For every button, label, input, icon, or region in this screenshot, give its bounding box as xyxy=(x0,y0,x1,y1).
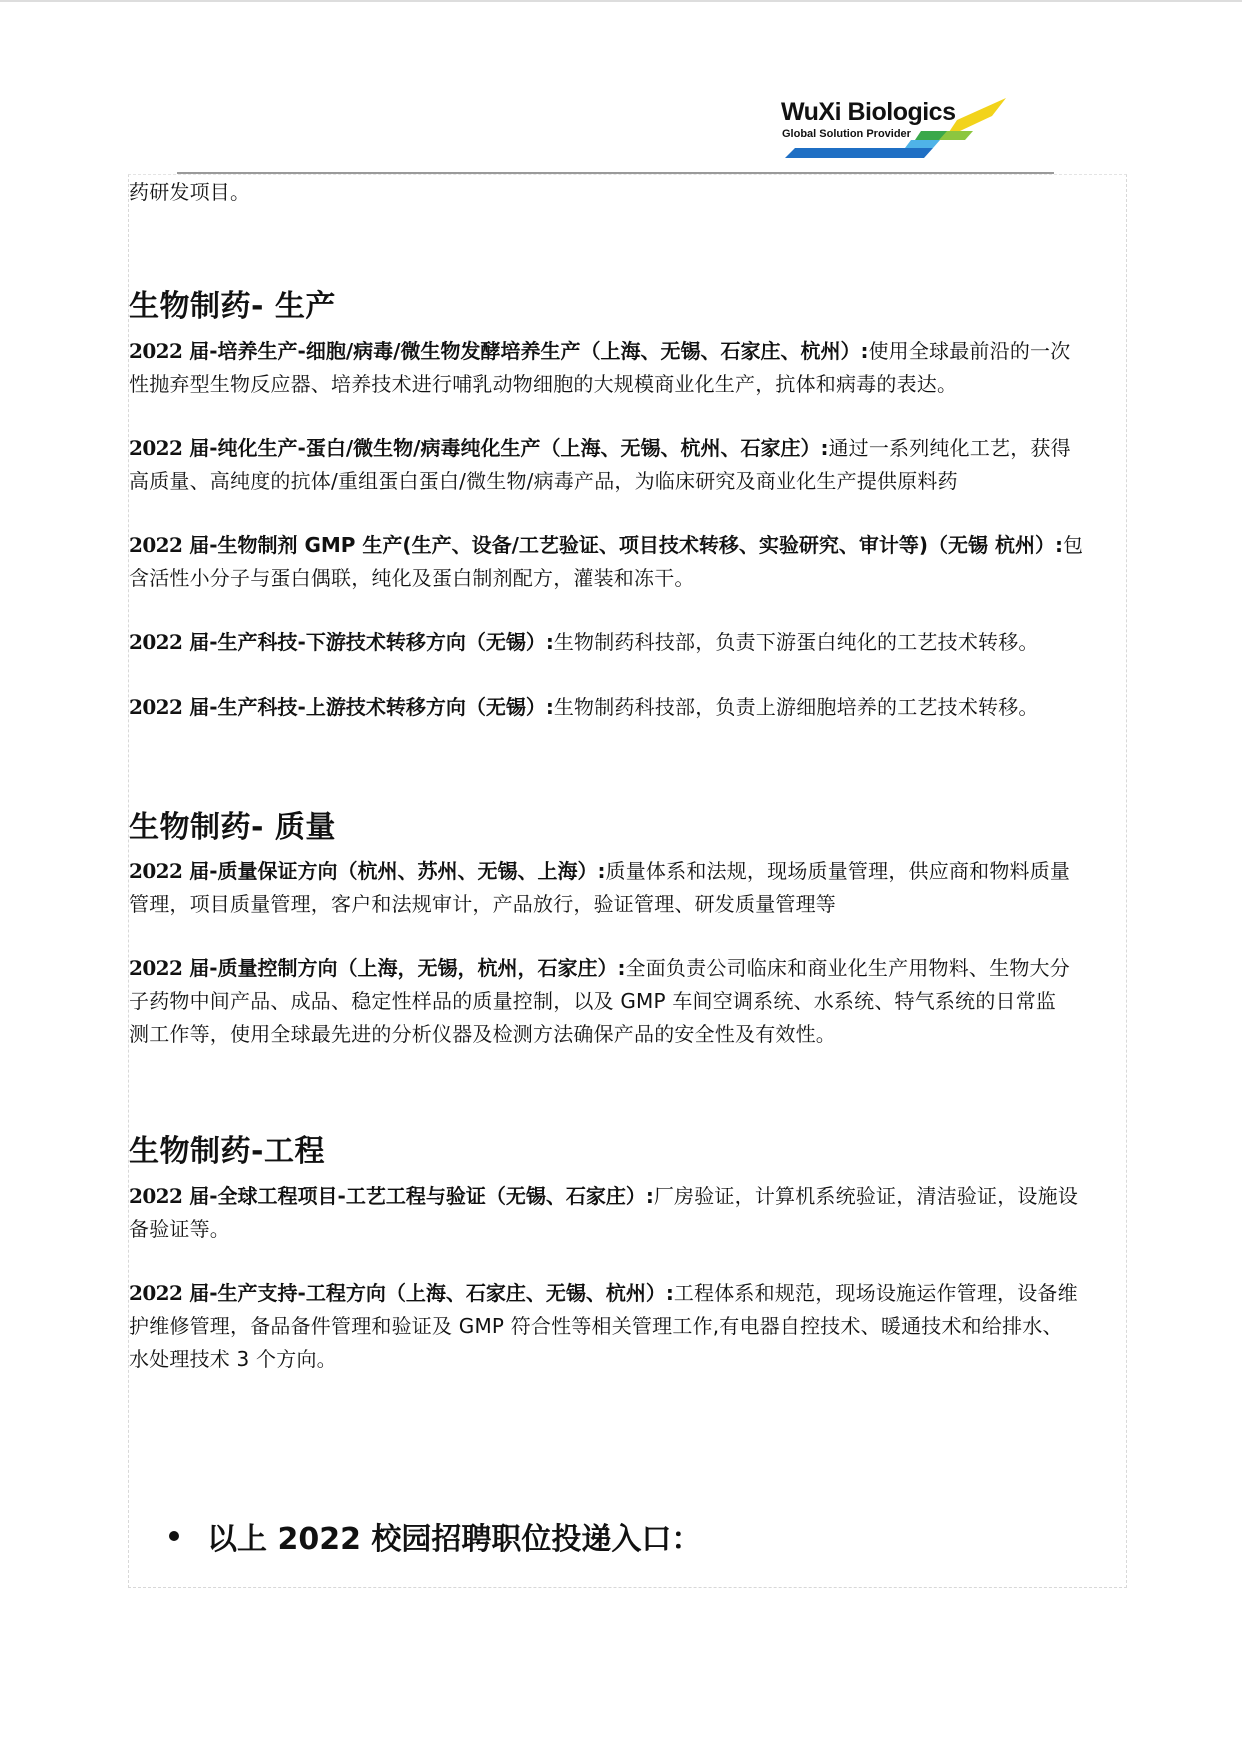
job-entry-downstream-transfer: 2022 届-生产科技-下游技术转移方向（无锡）:生物制药科技部，负责下游蛋白纯… xyxy=(129,626,1129,659)
entry-desc-cont: 管理，项目质量管理，客户和法规审计，产品放行，验证管理、研发质量管理等 xyxy=(129,888,1129,921)
job-entry-quality-assurance: 2022 届-质量保证方向（杭州、苏州、无锡、上海）:质量体系和法规，现场质量管… xyxy=(129,855,1129,921)
bullet-dot-icon xyxy=(169,1531,179,1541)
entry-year: 2022 xyxy=(129,436,182,460)
entry-title: 届-生产支持-工程方向（上海、石家庄、无锡、杭州）: xyxy=(182,1281,674,1305)
entry-desc: 通过一系列纯化工艺，获得 xyxy=(828,436,1070,460)
entry-title: 届-全球工程项目-工艺工程与验证（无锡、石家庄）: xyxy=(182,1184,654,1208)
entry-desc: 厂房验证，计算机系统验证，清洁验证，设施设 xyxy=(654,1184,1078,1208)
entry-title: 届-培养生产-细胞/病毒/微生物发酵培养生产（上海、无锡、石家庄、杭州）: xyxy=(182,339,868,363)
entry-desc-cont: 备验证等。 xyxy=(129,1213,1129,1246)
entry-desc-cont: 性抛弃型生物反应器、培养技术进行哺乳动物细胞的大规模商业化生产，抗体和病毒的表达… xyxy=(129,368,1129,401)
section-heading-production: 生物制药- 生产 xyxy=(129,281,336,325)
top-edge-bar xyxy=(0,0,1242,2)
entry-desc-cont: 高质量、高纯度的抗体/重组蛋白蛋白/微生物/病毒产品，为临床研究及商业化生产提供… xyxy=(129,465,1129,498)
entry-title: 届-生物制剂 GMP 生产(生产、设备/工艺验证、项目技术转移、实验研究、审计等… xyxy=(182,533,1063,557)
job-entry-purification-production: 2022 届-纯化生产-蛋白/微生物/病毒纯化生产（上海、无锡、杭州、石家庄）:… xyxy=(129,432,1129,498)
job-entry-gmp-production: 2022 届-生物制剂 GMP 生产(生产、设备/工艺验证、项目技术转移、实验研… xyxy=(129,529,1129,595)
entry-year: 2022 xyxy=(129,533,182,557)
entry-desc-cont: 水处理技术 3 个方向。 xyxy=(129,1343,1129,1376)
entry-desc: 使用全球最前沿的一次 xyxy=(868,339,1070,363)
job-entry-upstream-transfer: 2022 届-生产科技-上游技术转移方向（无锡）:生物制药科技部，负责上游细胞培… xyxy=(129,691,1129,724)
entry-year: 2022 xyxy=(129,695,182,719)
entry-year: 2022 xyxy=(129,956,182,980)
entry-desc-cont: 测工作等，使用全球最先进的分析仪器及检测方法确保产品的安全性及有效性。 xyxy=(129,1018,1129,1051)
job-entry-process-engineering: 2022 届-全球工程项目-工艺工程与验证（无锡、石家庄）:厂房验证，计算机系统… xyxy=(129,1180,1129,1246)
entry-desc: 生物制药科技部，负责下游蛋白纯化的工艺技术转移。 xyxy=(554,630,1039,654)
logo-title: WuXi Biologics xyxy=(781,98,956,127)
section-heading-engineering: 生物制药-工程 xyxy=(129,1126,325,1170)
entry-desc: 质量体系和法规，现场质量管理，供应商和物料质量 xyxy=(606,859,1071,883)
application-entry-bullet: 以上 2022 校园招聘职位投递入口： xyxy=(169,1514,701,1558)
entry-desc-cont: 子药物中间产品、成品、稳定性样品的质量控制，以及 GMP 车间空调系统、水系统、… xyxy=(129,985,1129,1018)
intro-text: 药研发项目。 xyxy=(129,176,250,209)
application-entry-text: 以上 2022 校园招聘职位投递入口： xyxy=(207,1514,701,1558)
job-entry-quality-control: 2022 届-质量控制方向（上海，无锡，杭州，石家庄）:全面负责公司临床和商业化… xyxy=(129,952,1129,1051)
entry-desc: 工程体系和规范，现场设施运作管理，设备维 xyxy=(674,1281,1078,1305)
entry-desc: 包 xyxy=(1063,533,1083,557)
entry-title: 届-生产科技-上游技术转移方向（无锡）: xyxy=(182,695,554,719)
entry-year: 2022 xyxy=(129,859,182,883)
entry-desc: 生物制药科技部，负责上游细胞培养的工艺技术转移。 xyxy=(554,695,1039,719)
entry-year: 2022 xyxy=(129,630,182,654)
entry-desc: 全面负责公司临床和商业化生产用物料、生物大分 xyxy=(626,956,1070,980)
entry-title: 届-质量控制方向（上海，无锡，杭州，石家庄）: xyxy=(182,956,625,980)
job-entry-production-support: 2022 届-生产支持-工程方向（上海、石家庄、无锡、杭州）:工程体系和规范，现… xyxy=(129,1277,1129,1376)
job-entry-culture-production: 2022 届-培养生产-细胞/病毒/微生物发酵培养生产（上海、无锡、石家庄、杭州… xyxy=(129,335,1129,401)
entry-desc-cont: 含活性小分子与蛋白偶联，纯化及蛋白制剂配方，灌装和冻干。 xyxy=(129,562,1129,595)
section-heading-quality: 生物制药- 质量 xyxy=(129,802,336,846)
entry-year: 2022 xyxy=(129,339,182,363)
entry-title: 届-生产科技-下游技术转移方向（无锡）: xyxy=(182,630,554,654)
entry-desc-cont: 护维修管理，备品备件管理和验证及 GMP 符合性等相关管理工作,有电器自控技术、… xyxy=(129,1310,1129,1343)
entry-title: 届-纯化生产-蛋白/微生物/病毒纯化生产（上海、无锡、杭州、石家庄）: xyxy=(182,436,828,460)
entry-year: 2022 xyxy=(129,1184,182,1208)
logo-subtitle: Global Solution Provider xyxy=(782,128,911,140)
entry-title: 届-质量保证方向（杭州、苏州、无锡、上海）: xyxy=(182,859,605,883)
entry-year: 2022 xyxy=(129,1281,182,1305)
company-logo: WuXi Biologics Global Solution Provider xyxy=(775,98,1010,166)
